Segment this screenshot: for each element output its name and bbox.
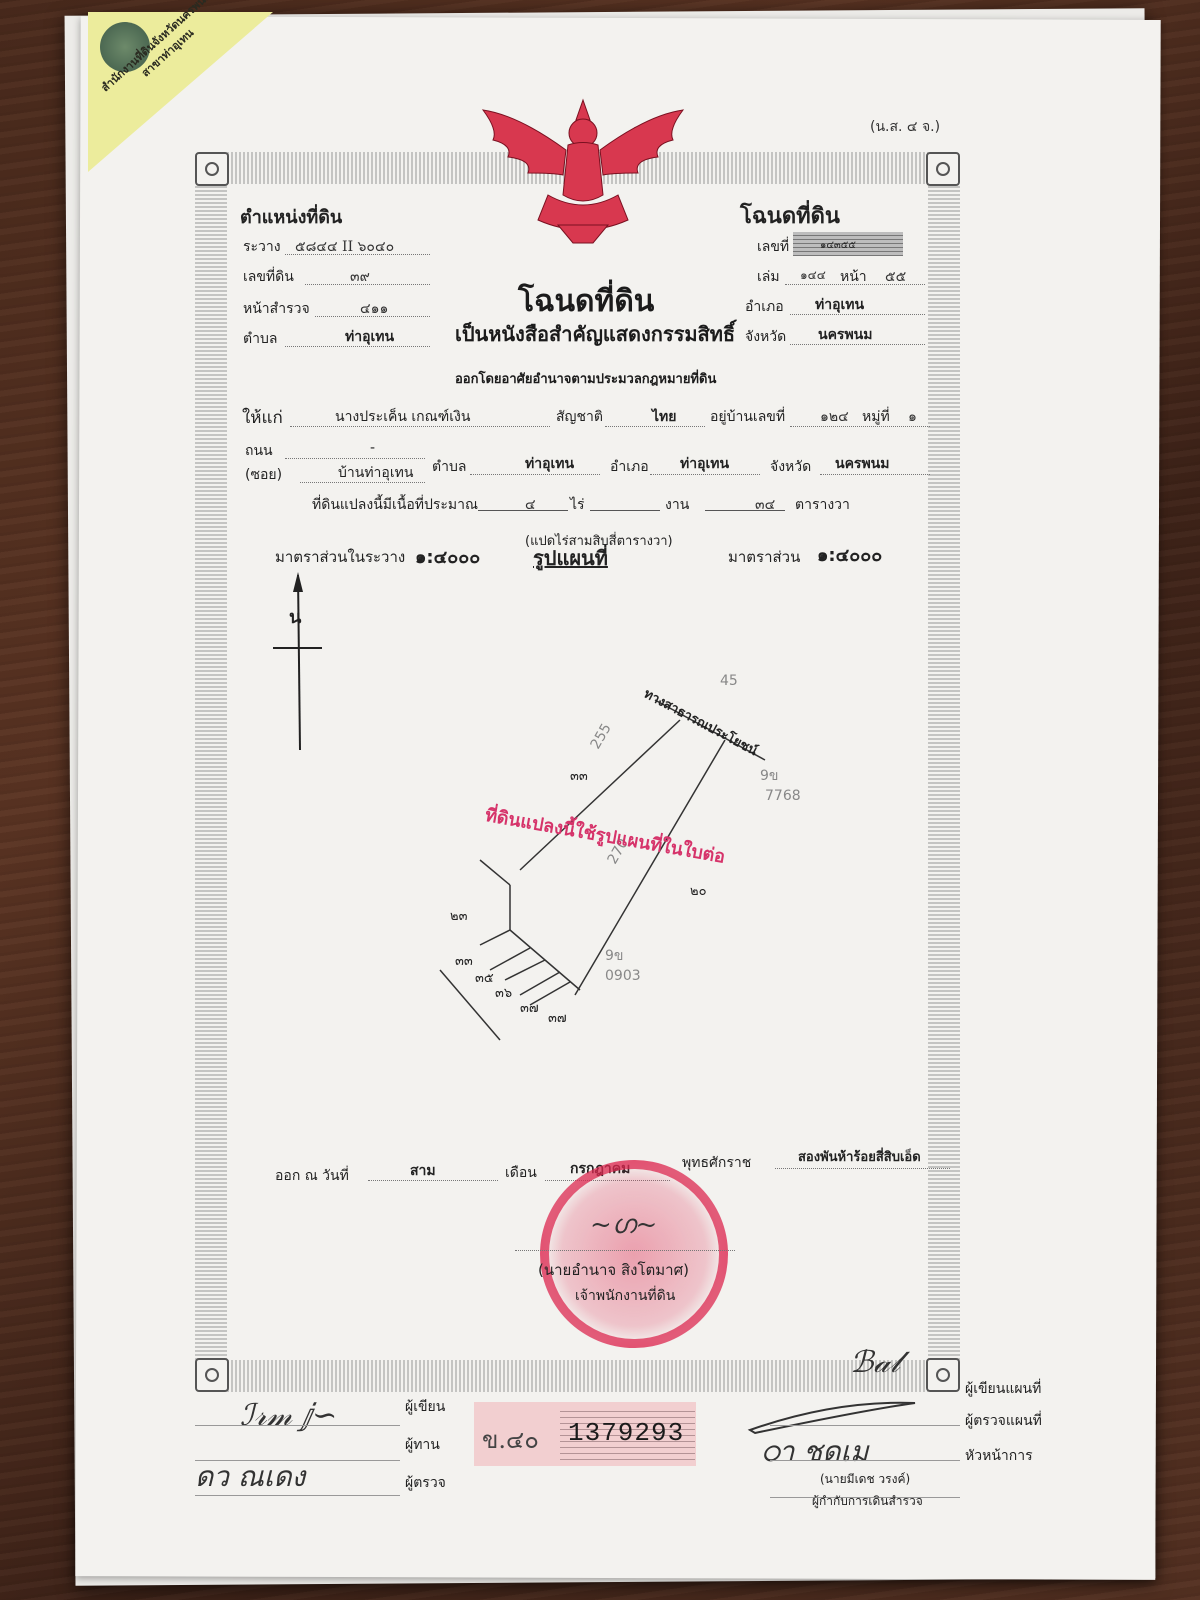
map-checker-signature [745, 1395, 925, 1435]
scale-value: ๑:๔๐๐๐ [817, 540, 882, 569]
land-location-heading: ตำแหน่งที่ดิน [240, 202, 342, 231]
year-label: พุทธศักราช [682, 1152, 751, 1174]
road-label: ถนน [245, 440, 273, 462]
owner-province-value: นครพนม [835, 453, 889, 475]
deed-no-value: ๑๔๓๕๕ [820, 238, 856, 253]
checker-role: ผู้ตรวจ [405, 1472, 446, 1494]
serial-prefix: ข.๔๐ [482, 1420, 539, 1459]
form-code: (น.ส. ๔ จ.) [870, 116, 940, 138]
serial-number: 1379293 [568, 1418, 684, 1448]
svg-text:7768: 7768 [765, 788, 801, 804]
land-no-label: เลขที่ดิน [243, 266, 294, 288]
head-role: หัวหน้าการ [965, 1445, 1033, 1467]
house-no-value: ๑๒๔ [820, 406, 849, 428]
corner-ornament-icon [195, 1358, 229, 1392]
area-rai-label: ไร่ [570, 494, 585, 516]
official-name: (นายอำนาจ สิงโตมาศ) [538, 1258, 689, 1282]
area-ngan-label: งาน [665, 494, 689, 516]
map-title: รูปแผนที่ [533, 542, 608, 574]
scale-label: มาตราส่วน [728, 545, 800, 569]
nationality-value: ไทย [652, 406, 676, 428]
svg-text:๓๖: ๓๖ [495, 986, 512, 1001]
area-wa-value: ๓๔ [755, 494, 775, 516]
svg-text:0903: 0903 [605, 968, 641, 984]
document-subtitle: เป็นหนังสือสำคัญแสดงกรรมสิทธิ์ [455, 318, 735, 350]
svg-text:๓๓: ๓๓ [570, 769, 588, 784]
checker-signature: ดว ณเดง [195, 1455, 305, 1499]
tambon-label: ตำบล [243, 328, 277, 350]
map-writer-role: ผู้เขียนแผนที่ [965, 1378, 1041, 1400]
document-authority: ออกโดยอาศัยอำนาจตามประมวลกฎหมายที่ดิน [455, 368, 716, 389]
garuda-emblem-icon [478, 95, 688, 245]
map-sheet-label: ระวาง [243, 236, 281, 258]
survey-page-label: หน้าสำรวจ [243, 298, 310, 320]
north-label: น [289, 602, 301, 631]
nationality-label: สัญชาติ [556, 406, 603, 428]
svg-text:๓๕: ๓๕ [475, 971, 494, 986]
amphoe-value: ท่าอุเทน [815, 294, 864, 316]
writer-signature: ℐ𝓇𝓂 ⅉ∽ [240, 1398, 337, 1433]
issue-year: สองพันห้าร้อยสี่สิบเอ็ด [798, 1146, 921, 1167]
svg-text:๓๗: ๓๗ [520, 1001, 539, 1016]
map-checker-role: ผู้ตรวจแผนที่ [965, 1410, 1042, 1432]
official-red-stamp [540, 1160, 728, 1348]
moo-value: ๑ [908, 406, 917, 428]
reviewer-role: ผู้ทาน [405, 1434, 440, 1456]
svg-text:255: 255 [588, 721, 615, 752]
owner-amphoe-label: อำเภอ [610, 456, 649, 478]
province-label: จังหวัด [745, 326, 786, 348]
road-value: - [370, 440, 375, 456]
issue-prefix: ออก ณ วันที่ [275, 1165, 349, 1187]
owner-province-label: จังหวัด [770, 456, 811, 478]
corner-ornament-icon [926, 152, 960, 186]
scale-sheet-value: ๑:๔๐๐๐ [415, 542, 480, 571]
survey-director-name: (นายมีเดช วรงค์) [820, 1470, 910, 1489]
svg-text:๒๐: ๒๐ [690, 884, 707, 899]
given-to-label: ให้แก่ [242, 404, 283, 431]
corner-ornament-icon [195, 152, 229, 186]
scale-sheet-label: มาตราส่วนในระวาง [275, 545, 405, 569]
volume-label: เล่ม [757, 266, 780, 288]
official-signature: ~ഗ~ [590, 1210, 657, 1241]
map-writer-signature: ℬ𝒶𝓁 [850, 1345, 900, 1380]
owner-amphoe-value: ท่าอุเทน [680, 453, 729, 475]
survey-director-title: ผู้กำกับการเดินสำรวจ [812, 1492, 923, 1511]
svg-text:45: 45 [720, 673, 738, 689]
moo-label: หมู่ที่ [862, 406, 890, 428]
official-title: เจ้าพนักงานที่ดิน [575, 1285, 675, 1307]
north-arrow-icon [270, 570, 330, 755]
area-prefix: ที่ดินแปลงนี้มีเนื้อที่ประมาณ [312, 494, 478, 516]
svg-text:๒๓: ๒๓ [450, 909, 468, 924]
month-label: เดือน [505, 1162, 537, 1184]
owner-tambon-value: ท่าอุเทน [525, 453, 574, 475]
svg-text:๓๓: ๓๓ [455, 954, 473, 969]
deed-no-label: เลขที่ [757, 236, 789, 258]
parcel-map-drawing: 45 255 9ข 7768 270 9ข 0903 ๓๓ ๒๐ ๒๓ ๓๓ ๓… [430, 660, 830, 1060]
head-signature: ഠา ชดเม [760, 1430, 869, 1474]
soi-label: (ซอย) [245, 464, 282, 486]
owner-name: นางประเค็น เกณฑ์เงิน [335, 406, 470, 428]
volume-value: ๑๔๔ [800, 266, 826, 285]
area-rai-value: ๔ [525, 494, 536, 516]
deed-heading: โฉนดที่ดิน [740, 198, 840, 233]
corner-ornament-icon [926, 1358, 960, 1392]
issue-day: สาม [410, 1160, 436, 1182]
owner-tambon-label: ตำบล [432, 456, 466, 478]
svg-text:๓๗: ๓๗ [548, 1011, 567, 1026]
amphoe-label: อำเภอ [745, 296, 784, 318]
soi-value: บ้านท่าอุเทน [338, 462, 413, 484]
area-wa-label: ตารางวา [795, 494, 850, 516]
writer-role: ผู้เขียน [405, 1396, 445, 1418]
tambon-value: ท่าอุเทน [345, 326, 394, 348]
province-value: นครพนม [818, 324, 872, 346]
svg-text:9ข: 9ข [605, 948, 623, 964]
house-no-label: อยู่บ้านเลขที่ [710, 406, 785, 428]
svg-text:9ข: 9ข [760, 768, 778, 784]
